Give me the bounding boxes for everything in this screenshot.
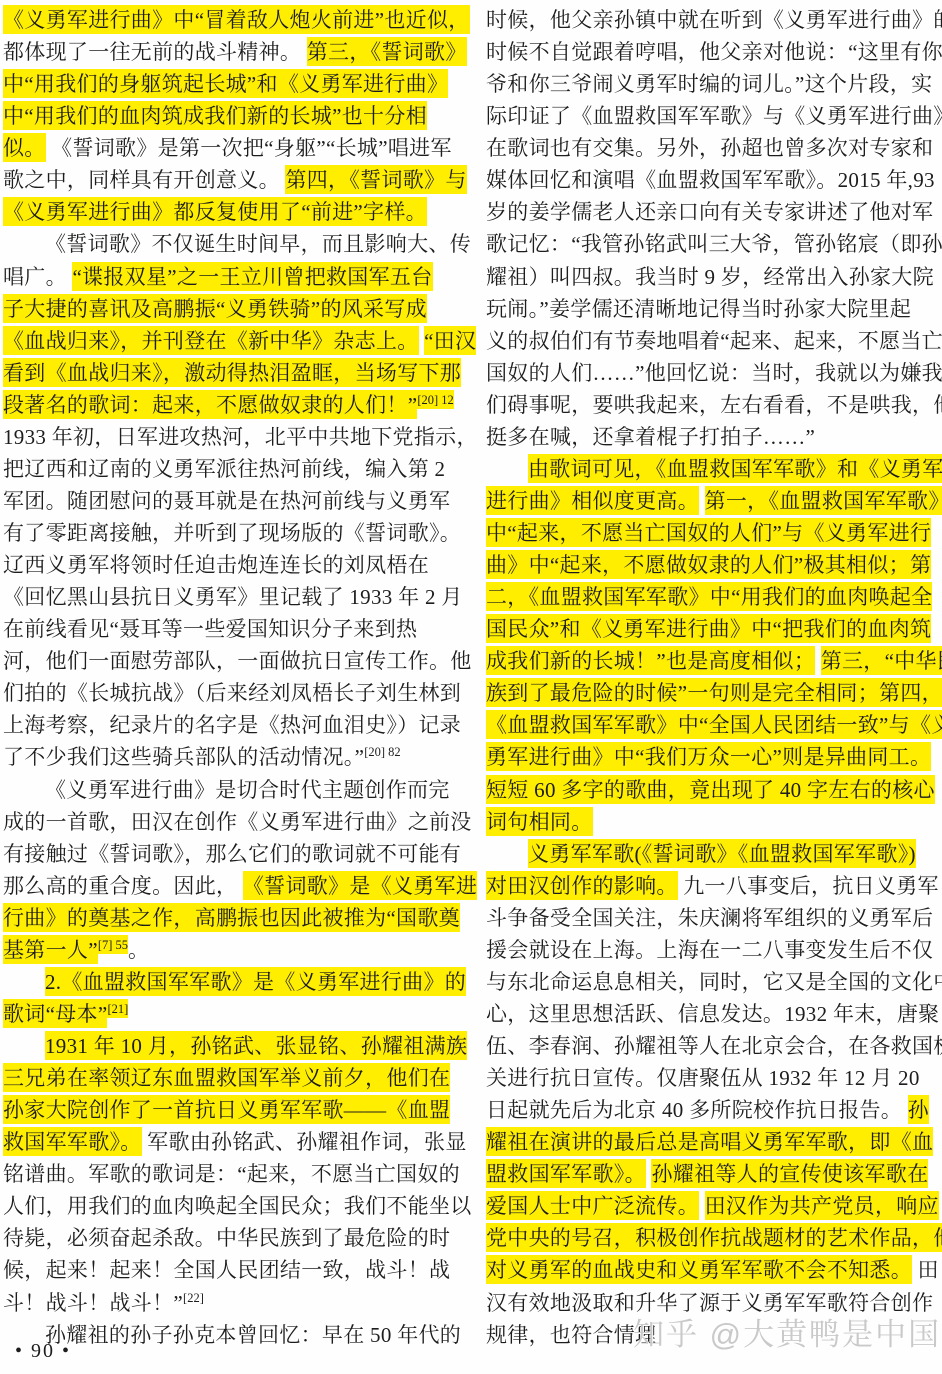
text-line: 耀祖）叫四叔。我当时 9 岁，经常出入孙家大院 xyxy=(486,261,941,293)
text-line: 由歌词可见，《血盟救国军军歌》和《义勇军 xyxy=(486,453,941,485)
text-segment: 们拍的《长城抗战》（后来经刘凤梧长子刘生林到 xyxy=(3,681,461,705)
text-segment: 挺多在喊，还拿着棍子打拍子……” xyxy=(486,425,815,449)
text-line: 词句相同。 xyxy=(486,806,941,838)
text-line: 子大捷的喜讯及高鹏振“义勇铁骑”的风采写成 xyxy=(3,293,457,325)
text-line: 时候不自觉跟着哼唱，他父亲对他说：“这里有你 xyxy=(486,36,941,68)
text-segment: 1933 年初，日军进攻热河，北平中共地下党指示， xyxy=(3,425,478,449)
text-line: 基第一人”[7] 55。 xyxy=(3,934,457,966)
text-segment: 媒体回忆和演唱《血盟救国军军歌》。2015 年,93 xyxy=(486,168,935,192)
highlighted-segment: 盟救国军军歌》。 xyxy=(486,1159,646,1188)
text-line: 二，《血盟救国军军歌》中“用我们的血肉唤起全 xyxy=(486,581,941,613)
text-segment: 都体现了一往无前的战斗精神。 xyxy=(3,40,307,64)
text-line: 那么高的重合度。因此， 《誓词歌》是《义勇军进 xyxy=(3,870,457,902)
text-segment: 有了零距离接触，并听到了现场版的《誓词歌》。 xyxy=(3,521,461,545)
highlighted-segment: 第三，《誓词歌》 xyxy=(307,37,467,66)
text-line: 与东北命运息息相关，同时，它又是全国的文化中 xyxy=(486,966,941,998)
highlighted-segment: 《血盟救国军军歌》中“全国人民团结一致”与《义 xyxy=(486,710,942,739)
text-line: 短短 60 多字的歌曲，竟出现了 40 字左右的核心 xyxy=(486,774,941,806)
text-line: 把辽西和辽南的义勇军派往热河前线，编入第 2 xyxy=(3,453,457,485)
watermark: 知乎 @大黄鸭是中国鸭 xyxy=(633,1309,942,1354)
text-segment: 时候不自觉跟着哼唱，他父亲对他说：“这里有你 xyxy=(486,40,942,64)
highlighted-segment: 子大捷的喜讯及高鹏振“义勇铁骑”的风采写成 xyxy=(3,294,427,323)
text-line: 中“起来，不愿当亡国奴的人们”与《义勇军进行 xyxy=(486,517,941,549)
text-segment: 田 xyxy=(912,1258,939,1282)
highlighted-segment: 中“起来，不愿当亡国奴的人们”与《义勇军进行 xyxy=(486,518,931,547)
text-line: 1931 年 10 月，孙铭武、张显铭、孙耀祖满族 xyxy=(3,1030,457,1062)
text-line: 了不少我们这些骑兵部队的活动情况。”[20] 82 xyxy=(3,741,457,773)
highlighted-segment: 第四，《誓词歌》与 xyxy=(285,165,466,194)
text-segment: 《回忆黑山县抗日义勇军》里记载了 1933 年 2 月 xyxy=(3,585,463,609)
text-line: 1933 年初，日军进攻热河，北平中共地下党指示， xyxy=(3,421,457,453)
highlighted-segment: 看到《血战归来》，激动得热泪盈眶，当场写下那 xyxy=(3,358,461,387)
text-segment: 军团。随团慰问的聂耳就是在热河前线与义勇军 xyxy=(3,489,450,513)
text-line: 《誓词歌》不仅诞生时间早，而且影响大、传 xyxy=(3,228,457,260)
text-line: 有接触过《誓词歌》，那么它们的歌词就不可能有 xyxy=(3,838,457,870)
highlighted-segment: 段著名的歌词：起来，不愿做奴隶的人们！” xyxy=(3,390,417,419)
highlighted-segment: “谍报双星”之一王立川曾把救国军五台 xyxy=(72,262,432,291)
text-line: 勇军进行曲》中“我们万众一心”则是异曲同工。 xyxy=(486,741,941,773)
highlighted-segment: 田汉作为共产党员，响应 xyxy=(705,1191,939,1220)
text-line: 唱广。 “谍报双星”之一王立川曾把救国军五台 xyxy=(3,261,457,293)
left-column: 《义勇军进行曲》中“冒着敌人炮火前进”也近似，都体现了一往无前的战斗精神。 第三… xyxy=(3,4,457,1351)
text-line: 岁的姜学儒老人还亲口向有关专家讲述了他对军 xyxy=(486,196,941,228)
text-line: 援会就设在上海。上海在一二八事变发生后不仅 xyxy=(486,934,941,966)
highlighted-segment: 《血战归来》，并刊登在《新中华》杂志上。 xyxy=(3,326,419,355)
text-segment: 有接触过《誓词歌》，那么它们的歌词就不可能有 xyxy=(3,842,461,866)
text-segment: 斗！战斗！战斗！” xyxy=(3,1291,183,1315)
text-line: 河，他们一面慰劳部队，一面做抗日宣传工作。他 xyxy=(3,645,457,677)
right-column: 时候，他父亲孙镇中就在听到《义勇军进行曲》的时候不自觉跟着哼唱，他父亲对他说：“… xyxy=(486,4,941,1351)
text-line: 孙家大院创作了一首抗日义勇军军歌——《血盟 xyxy=(3,1094,457,1126)
text-segment: 辽西义勇军将领时任迫击炮连连长的刘凤梧在 xyxy=(3,553,429,577)
text-line: 心，这里思想活跃、信息发达。1932 年末，唐聚 xyxy=(486,998,941,1030)
text-segment: 《誓词歌》是第一次把“身躯”“长城”唱进军 xyxy=(46,136,452,160)
highlighted-segment: 第 xyxy=(910,550,931,579)
text-segment: 玩闹。”姜学儒还清晰地记得当时孙家大院里起 xyxy=(486,297,911,321)
text-line: 三兄弟在率领辽东血盟救国军举义前夕，他们在 xyxy=(3,1062,457,1094)
highlighted-segment: 进行曲》相似度更高。 xyxy=(486,486,699,515)
text-segment: 歌之中，同样具有开创意义。 xyxy=(3,168,285,192)
text-segment: 规律，也符合情理 xyxy=(486,1323,656,1347)
text-line: 在前线看见“聂耳等一些爱国知识分子来到热 xyxy=(3,613,457,645)
highlighted-segment: 二，《血盟救国军军歌》中“用我们的血肉唤起全 xyxy=(486,582,932,611)
highlighted-segment: 短短 60 多字的歌曲，竟出现了 40 字左右的核心 xyxy=(486,775,935,804)
text-line: 人们，用我们的血肉唤起全国民众；我们不能坐以 xyxy=(3,1190,457,1222)
text-segment xyxy=(699,489,705,513)
text-line: 斗争备受全国关注，朱庆澜将军组织的义勇军后 xyxy=(486,902,941,934)
text-line: 时候，他父亲孙镇中就在听到《义勇军进行曲》的 xyxy=(486,4,941,36)
highlighted-segment: 成我们新的长城！”也是高度相似； xyxy=(486,646,815,675)
text-segment: 《义勇军进行曲》是切合时代主题创作而完 xyxy=(45,778,450,802)
text-segment xyxy=(815,649,821,673)
highlighted-segment: 孙 xyxy=(908,1095,929,1124)
text-line: 2.《血盟救国军军歌》是《义勇军进行曲》的 xyxy=(3,966,457,998)
citation-ref: [20] 82 xyxy=(364,745,400,759)
text-segment: 把辽西和辽南的义勇军派往热河前线，编入第 2 xyxy=(3,457,445,481)
highlighted-segment: 党中央的号召，积极创作抗战题材的艺术作品，他 xyxy=(486,1223,942,1252)
text-line: 《血盟救国军军歌》中“全国人民团结一致”与《义 xyxy=(486,709,941,741)
text-line: 耀祖在演讲的最后总是高唱义勇军军歌，即《血 xyxy=(486,1126,941,1158)
text-line: 义的叔伯们有节奏地唱着“起来、起来，不愿当亡 xyxy=(486,325,941,357)
text-line: 行曲》的奠基之作，高鹏振也因此被推为“国歌奠 xyxy=(3,902,457,934)
text-line: 对义勇军的血战史和义勇军军歌不会不知悉。 田 xyxy=(486,1254,941,1286)
text-line: 际印证了《血盟救国军军歌》与《义勇军进行曲》 xyxy=(486,100,941,132)
text-segment: 与东北命运息息相关，同时，它又是全国的文化中 xyxy=(486,970,942,994)
highlighted-segment: 孙耀祖等人的宣传使该军歌在 xyxy=(651,1159,928,1188)
text-line: 在歌词也有交集。另外，孙超也曾多次对专家和 xyxy=(486,132,941,164)
text-line: 《义勇军进行曲》是切合时代主题创作而完 xyxy=(3,774,457,806)
text-line: 进行曲》相似度更高。 第一，《血盟救国军军歌》 xyxy=(486,485,941,517)
citation-ref: [7] 55 xyxy=(98,935,128,954)
citation-ref: [21] xyxy=(107,999,128,1018)
text-segment: 《誓词歌》不仅诞生时间早，而且影响大、传 xyxy=(45,232,471,256)
text-line: 军团。随团慰问的聂耳就是在热河前线与义勇军 xyxy=(3,485,457,517)
highlighted-segment: 似。 xyxy=(3,133,46,162)
text-segment: 铭谱曲。军歌的歌词是：“起来，不愿当亡国奴的 xyxy=(3,1162,460,1186)
text-line: 国民众”和《义勇军进行曲》中“把我们的血肉筑 xyxy=(486,613,941,645)
highlighted-segment: 勇军进行曲》中“我们万众一心”则是异曲同工。 xyxy=(486,742,931,771)
text-line: 挺多在喊，还拿着棍子打拍子……” xyxy=(486,421,941,453)
text-segment: 成的一首歌，田汉在创作《义勇军进行曲》之前没 xyxy=(3,810,472,834)
highlighted-segment: 第一，《血盟救国军军歌》 xyxy=(705,486,942,515)
text-line: 对田汉创作的影响。 九一八事变后，抗日义勇军 xyxy=(486,870,941,902)
highlighted-segment: 国民众”和《义勇军进行曲》中“把我们的血肉筑 xyxy=(486,614,931,643)
text-line: 成我们新的长城！”也是高度相似； 第三，“中华民 xyxy=(486,645,941,677)
text-line: 义勇军军歌(《誓词歌》《血盟救国军军歌》) xyxy=(486,838,941,870)
text-line: 有了零距离接触，并听到了现场版的《誓词歌》。 xyxy=(3,517,457,549)
highlighted-segment: 行曲》的奠基之作，高鹏振也因此被推为“国歌奠 xyxy=(3,903,460,932)
text-line: 斗！战斗！战斗！”[22] xyxy=(3,1287,457,1319)
text-segment: 援会就设在上海。上海在一二八事变发生后不仅 xyxy=(486,938,933,962)
text-line: 党中央的号召，积极创作抗战题材的艺术作品，他 xyxy=(486,1222,941,1254)
text-segment: 九一八事变后，抗日义勇军 xyxy=(678,874,939,898)
highlighted-segment: 歌词“母本” xyxy=(3,999,107,1028)
text-line: 上海考察，纪录片的名字是《热河血泪史》）记录 xyxy=(3,709,457,741)
text-segment: 关进行抗日宣传。仅唐聚伍从 1932 年 12 月 20 xyxy=(486,1066,920,1090)
text-line: 歌词“母本”[21] xyxy=(3,998,457,1030)
text-segment: 国奴的人们……”他回忆说：当时，我就以为嫌我 xyxy=(486,361,942,385)
text-line: 关进行抗日宣传。仅唐聚伍从 1932 年 12 月 20 xyxy=(486,1062,941,1094)
highlighted-segment: 孙家大院创作了一首抗日义勇军军歌——《血盟 xyxy=(3,1095,450,1124)
text-line: 盟救国军军歌》。 孙耀祖等人的宣传使该军歌在 xyxy=(486,1158,941,1190)
highlighted-segment: 《义勇军进行曲》都反复使用了“前进”字样。 xyxy=(3,197,427,226)
text-line: 看到《血战归来》，激动得热泪盈眶，当场写下那 xyxy=(3,357,457,389)
highlighted-segment: 基第一人” xyxy=(3,935,98,964)
text-segment: 际印证了《血盟救国军军歌》与《义勇军进行曲》 xyxy=(486,104,942,128)
highlighted-segment: 爱国人士中广泛流传。 xyxy=(486,1191,699,1220)
citation-ref: [20] 12 xyxy=(417,390,453,409)
highlighted-segment: 《誓词歌》是《义勇军进 xyxy=(243,871,477,900)
text-segment: 日起就先后为北京 40 多所院校作抗日报告。 xyxy=(486,1098,908,1122)
text-line: 族到了最危险的时候”一句则是完全相同；第四， xyxy=(486,677,941,709)
text-line: 们碍事呢，要哄我起来，左右看看，不是哄我，他们 xyxy=(486,389,941,421)
text-line: 中“用我们的血肉筑成我们新的长城”也十分相 xyxy=(3,100,457,132)
text-line: 都体现了一往无前的战斗精神。 第三，《誓词歌》 xyxy=(3,36,457,68)
highlighted-segment: 义勇军军歌(《誓词歌》《血盟救国军军歌》) xyxy=(528,839,916,868)
text-line: 《义勇军进行曲》中“冒着敌人炮火前进”也近似， xyxy=(3,4,457,36)
text-segment: 在歌词也有交集。另外，孙超也曾多次对专家和 xyxy=(486,136,933,160)
text-line: 曲》中“起来，不愿做奴隶的人们”极其相似；第 xyxy=(486,549,941,581)
text-segment: 们碍事呢，要哄我起来，左右看看，不是哄我，他们 xyxy=(486,393,942,417)
text-line: 媒体回忆和演唱《血盟救国军军歌》。2015 年,93 xyxy=(486,164,941,196)
text-segment: 耀祖）叫四叔。我当时 9 岁，经常出入孙家大院 xyxy=(486,265,934,289)
highlighted-segment: 对义勇军的血战史和义勇军军歌不会不知悉。 xyxy=(486,1255,912,1284)
text-segment: 了不少我们这些骑兵部队的活动情况。” xyxy=(3,745,364,769)
highlighted-segment: 对田汉创作的影响。 xyxy=(486,871,678,900)
document-page: 《义勇军进行曲》中“冒着敌人炮火前进”也近似，都体现了一往无前的战斗精神。 第三… xyxy=(0,0,942,1374)
text-segment: 心，这里思想活跃、信息发达。1932 年末，唐聚 xyxy=(486,1002,939,1026)
text-line: 似。 《誓词歌》是第一次把“身躯”“长城”唱进军 xyxy=(3,132,457,164)
text-segment: 待毙，必须奋起杀敌。中华民族到了最危险的时 xyxy=(3,1226,450,1250)
text-line: 段著名的歌词：起来，不愿做奴隶的人们！”[20] 12 xyxy=(3,389,457,421)
text-line: 成的一首歌，田汉在创作《义勇军进行曲》之前没 xyxy=(3,806,457,838)
highlighted-segment: 族到了最危险的时候”一句则是完全相同； xyxy=(486,678,879,707)
text-segment: 唱广。 xyxy=(3,265,72,289)
text-segment: 军歌由孙铭武、孙耀祖作词，张显 xyxy=(142,1130,467,1154)
highlighted-segment: 第三，“中华民 xyxy=(821,646,942,675)
page-number: • 90 • xyxy=(15,1340,71,1363)
text-segment xyxy=(699,1194,705,1218)
text-line: 歌之中，同样具有开创意义。 第四，《誓词歌》与 xyxy=(3,164,457,196)
text-segment: 时候，他父亲孙镇中就在听到《义勇军进行曲》的 xyxy=(486,8,942,32)
text-segment: 在前线看见“聂耳等一些爱国知识分子来到热 xyxy=(3,617,417,641)
highlighted-segment: 中“用我们的血肉筑成我们新的长城”也十分相 xyxy=(3,101,427,130)
highlighted-segment: 曲》中“起来，不愿做奴隶的人们”极其相似； xyxy=(486,550,910,579)
text-line: 《义勇军进行曲》都反复使用了“前进”字样。 xyxy=(3,196,457,228)
text-line: 爱国人士中广泛流传。 田汉作为共产党员，响应 xyxy=(486,1190,941,1222)
text-line: 玩闹。”姜学儒还清晰地记得当时孙家大院里起 xyxy=(486,293,941,325)
text-line: 辽西义勇军将领时任迫击炮连连长的刘凤梧在 xyxy=(3,549,457,581)
text-segment: 。 xyxy=(128,938,149,962)
text-line: 《血战归来》，并刊登在《新中华》杂志上。 “田汉 xyxy=(3,325,457,357)
text-line: 孙耀祖的孙子孙克本曾回忆：早在 50 年代的 xyxy=(3,1319,457,1351)
text-line: 待毙，必须奋起杀敌。中华民族到了最危险的时 xyxy=(3,1222,457,1254)
text-line: 铭谱曲。军歌的歌词是：“起来，不愿当亡国奴的 xyxy=(3,1158,457,1190)
citation-ref: [22] xyxy=(183,1291,204,1305)
text-segment: 斗争备受全国关注，朱庆澜将军组织的义勇军后 xyxy=(486,906,933,930)
text-segment: 歌记忆：“我管孙铭武叫三大爷，管孙铭宸（即孙 xyxy=(486,232,942,256)
text-line: 歌记忆：“我管孙铭武叫三大爷，管孙铭宸（即孙 xyxy=(486,228,941,260)
highlighted-segment: 三兄弟在率领辽东血盟救国军举义前夕，他们在 xyxy=(3,1063,450,1092)
text-segment: 爷和你三爷闹义勇军时编的词儿。”这个片段，实 xyxy=(486,72,932,96)
text-line: 爷和你三爷闹义勇军时编的词儿。”这个片段，实 xyxy=(486,68,941,100)
highlighted-segment: “田汉 xyxy=(424,326,476,355)
text-segment: 岁的姜学儒老人还亲口向有关专家讲述了他对军 xyxy=(486,200,933,224)
text-line: 候，起来！起来！全国人民团结一致，战斗！战 xyxy=(3,1254,457,1286)
text-segment: 河，他们一面慰劳部队，一面做抗日宣传工作。他 xyxy=(3,649,472,673)
text-line: 《回忆黑山县抗日义勇军》里记载了 1933 年 2 月 xyxy=(3,581,457,613)
text-line: 国奴的人们……”他回忆说：当时，我就以为嫌我 xyxy=(486,357,941,389)
text-segment: 人们，用我们的血肉唤起全国民众；我们不能坐以 xyxy=(3,1194,472,1218)
text-line: 们拍的《长城抗战》（后来经刘凤梧长子刘生林到 xyxy=(3,677,457,709)
highlighted-segment: 《义勇军进行曲》中“冒着敌人炮火前进”也近似， xyxy=(3,5,470,34)
highlighted-segment: 由歌词可见，《血盟救国军军歌》和《义勇军 xyxy=(528,454,942,483)
text-line: 伍、李春润、孙耀祖等人在北京会合，在各救国机 xyxy=(486,1030,941,1062)
text-segment: 伍、李春润、孙耀祖等人在北京会合，在各救国机 xyxy=(486,1034,942,1058)
text-line: 日起就先后为北京 40 多所院校作抗日报告。 孙 xyxy=(486,1094,941,1126)
text-segment: 候，起来！起来！全国人民团结一致，战斗！战 xyxy=(3,1258,450,1282)
highlighted-segment: 中“用我们的身躯筑起长城”和《义勇军进行曲》 xyxy=(3,69,448,98)
highlighted-segment: 2.《血盟救国军军歌》是《义勇军进行曲》的 xyxy=(45,967,466,996)
text-line: 救国军军歌》。 军歌由孙铭武、孙耀祖作词，张显 xyxy=(3,1126,457,1158)
text-segment: 上海考察，纪录片的名字是《热河血泪史》）记录 xyxy=(3,713,461,737)
highlighted-segment: 1931 年 10 月，孙铭武、张显铭、孙耀祖满族 xyxy=(45,1031,467,1060)
text-line: 中“用我们的身躯筑起长城”和《义勇军进行曲》 xyxy=(3,68,457,100)
highlighted-segment: 第四， xyxy=(879,678,942,707)
text-segment: 义的叔伯们有节奏地唱着“起来、起来，不愿当亡 xyxy=(486,329,942,353)
text-segment: 孙耀祖的孙子孙克本曾回忆：早在 50 年代的 xyxy=(45,1323,461,1347)
highlighted-segment: 救国军军歌》。 xyxy=(3,1127,142,1156)
highlighted-segment: 词句相同。 xyxy=(486,807,593,836)
highlighted-segment: 耀祖在演讲的最后总是高唱义勇军军歌，即《血 xyxy=(486,1127,933,1156)
text-segment: 那么高的重合度。因此， xyxy=(3,874,243,898)
